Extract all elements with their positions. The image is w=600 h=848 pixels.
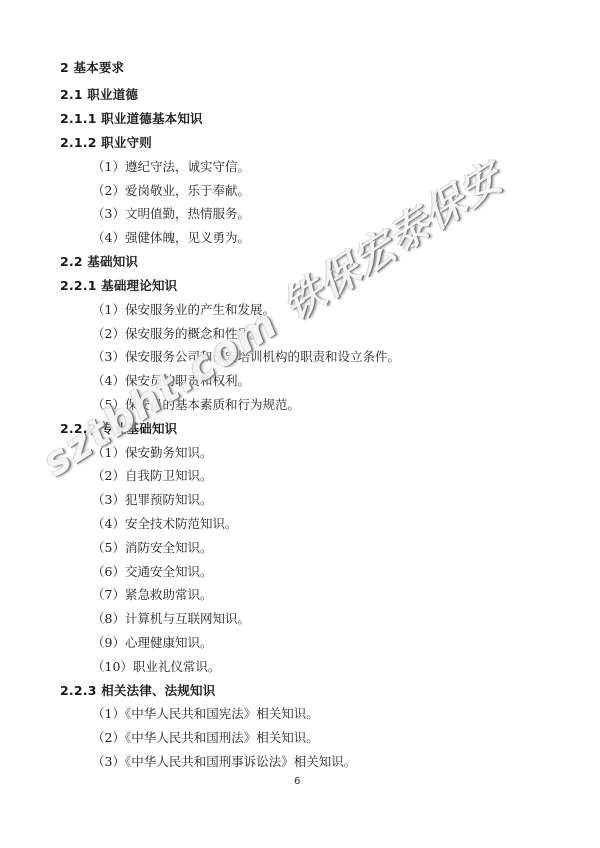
list-item: （1）保安服务业的产生和发展。 <box>92 302 275 318</box>
list-item: （4）强健体魄，见义勇为。 <box>92 230 250 246</box>
list-item: （4）安全技术防范知识。 <box>92 516 237 532</box>
list-item: （5）保安员的基本素质和行为规范。 <box>92 397 300 413</box>
list-item: （2）《中华人民共和国刑法》相关知识。 <box>92 730 319 746</box>
list-item: （1）《中华人民共和国宪法》相关知识。 <box>92 706 319 722</box>
heading-2-2-3: 2.2.3 相关法律、法规知识 <box>60 683 215 699</box>
list-item: （4）保安员的职责和权利。 <box>92 373 250 389</box>
list-item: （1）保安勤务知识。 <box>92 445 212 461</box>
heading-2: 2 基本要求 <box>60 60 124 76</box>
list-item: （3）保安服务公司和保安培训机构的职责和设立条件。 <box>92 349 400 365</box>
list-item: （10）职业礼仪常识。 <box>92 659 220 675</box>
list-item: （6）交通安全知识。 <box>92 564 212 580</box>
heading-2-1: 2.1 职业道德 <box>60 87 138 103</box>
document-page: 2 基本要求 2.1 职业道德 2.1.1 职业道德基本知识 2.1.2 职业守… <box>0 0 600 848</box>
page-number: 6 <box>294 776 300 787</box>
list-item: （1）遵纪守法，诚实守信。 <box>92 159 250 175</box>
list-item: （9）心理健康知识。 <box>92 635 212 651</box>
list-item: （5）消防安全知识。 <box>92 540 212 556</box>
heading-2-2: 2.2 基础知识 <box>60 254 138 270</box>
list-item: （8）计算机与互联网知识。 <box>92 611 250 627</box>
heading-2-2-2: 2.2.2 专业基础知识 <box>60 421 177 437</box>
list-item: （7）紧急救助常识。 <box>92 587 212 603</box>
heading-2-1-1: 2.1.1 职业道德基本知识 <box>60 111 203 127</box>
heading-2-1-2: 2.1.2 职业守则 <box>60 135 152 151</box>
list-item: （3）犯罪预防知识。 <box>92 492 212 508</box>
list-item: （2）爱岗敬业，乐于奉献。 <box>92 183 250 199</box>
list-item: （3）《中华人民共和国刑事诉讼法》相关知识。 <box>92 754 356 770</box>
list-item: （3）文明值勤，热情服务。 <box>92 206 250 222</box>
heading-2-2-1: 2.2.1 基础理论知识 <box>60 278 177 294</box>
list-item: （2）自我防卫知识。 <box>92 468 212 484</box>
list-item: （2）保安服务的概念和性质。 <box>92 326 262 342</box>
